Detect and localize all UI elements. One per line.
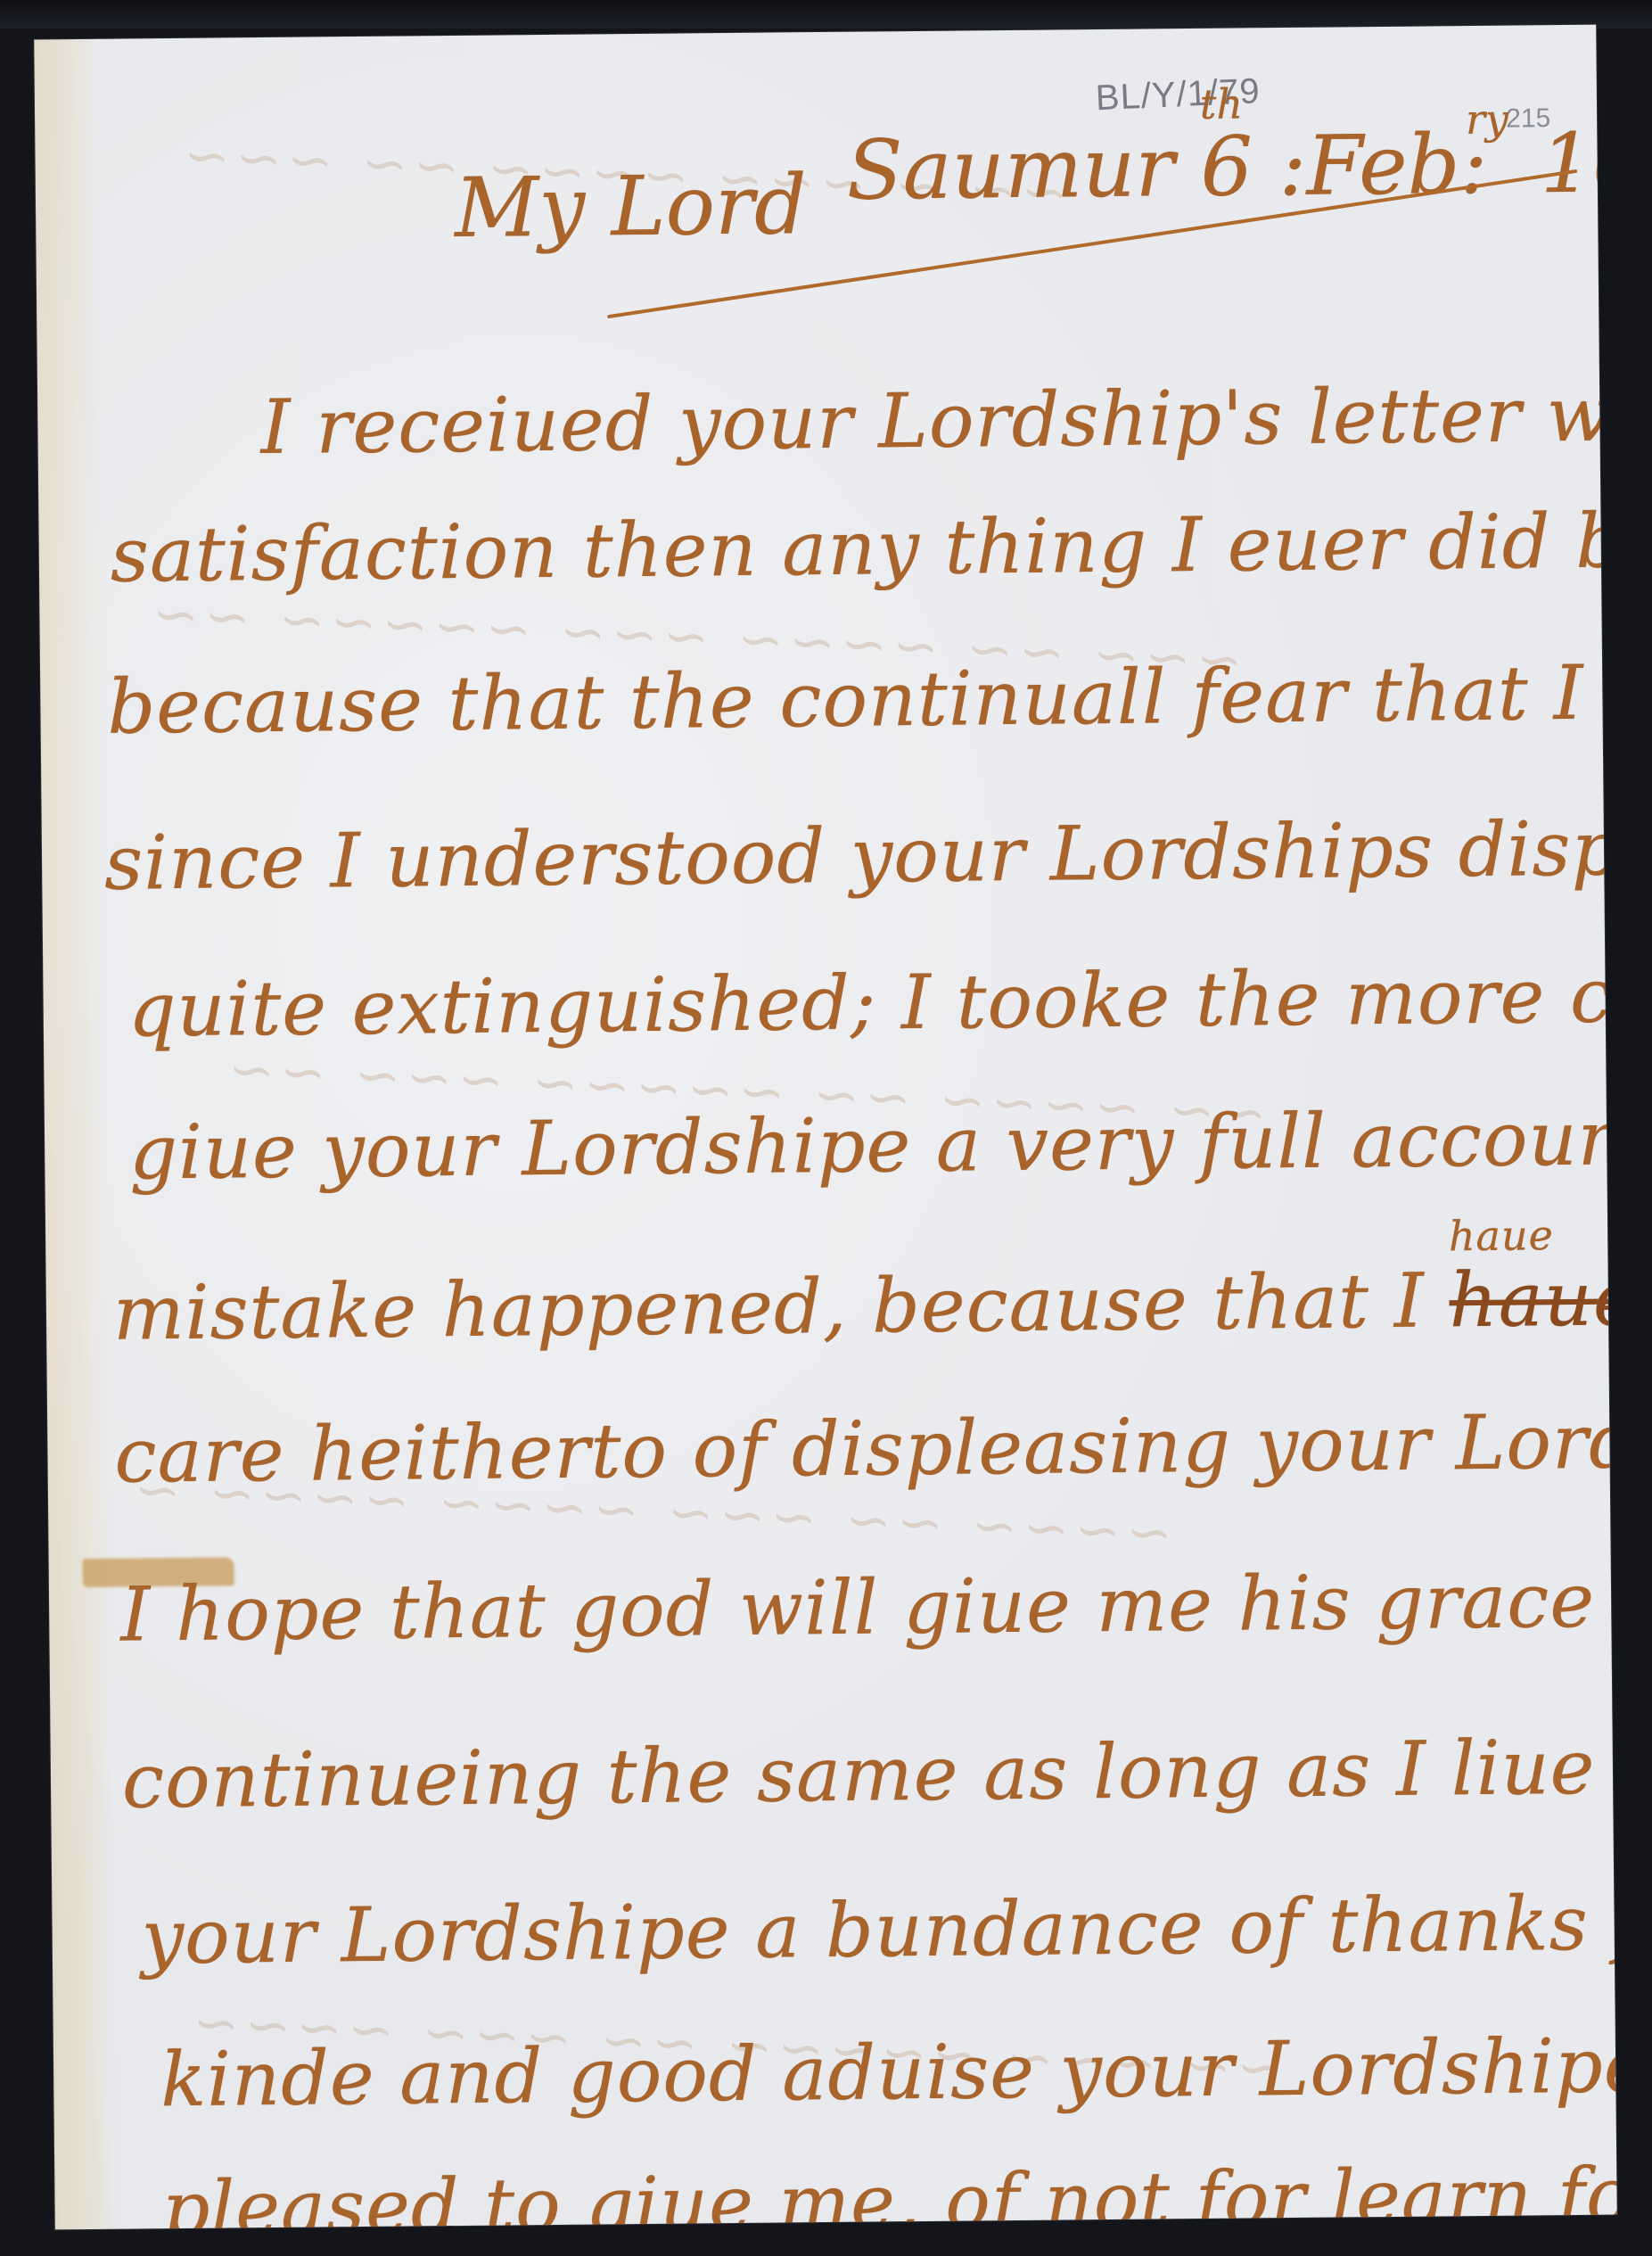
date-day-number: 6 bbox=[1200, 119, 1253, 215]
date-year: 1675 bbox=[1540, 114, 1617, 211]
letter-line-2: satisfaction then any thing I euer did b… bbox=[110, 495, 1616, 599]
manuscript-page: ~~ ~ ~~~ ~~~~ ~~ ~~~ ~~~ ~~ ~~~~ ~~~ ~~~… bbox=[34, 25, 1616, 2230]
letter-line-9: I hope that god will giue me his grace f… bbox=[120, 1554, 1617, 1658]
salutation: My Lord bbox=[455, 157, 808, 256]
letter-line-7: mistake happened, because that I hauehau… bbox=[112, 1250, 1616, 1356]
letter-line-3: because that the continuall fear that I … bbox=[107, 646, 1617, 751]
letter-line-4: since I understood your Lordships disple… bbox=[104, 799, 1617, 906]
letter-line-10: continueing the same as long as I liue .… bbox=[122, 1719, 1617, 1825]
line-text: mistake happened, because that I bbox=[112, 1257, 1425, 1357]
dateline: Saumur 6th :Feb:ry 1675 bbox=[846, 114, 1617, 218]
superscript: th bbox=[1603, 329, 1616, 377]
letter-line-1: I receiued your Lordship's letter w.th m… bbox=[260, 368, 1617, 471]
letter-line-8: care heitherto of displeasing your Lords… bbox=[114, 1394, 1617, 1500]
inserted-word: haue bbox=[1449, 1211, 1554, 1260]
date-day-suffix: th bbox=[1200, 79, 1244, 128]
letter-line-12: kinde and good aduise your Lordshipe was bbox=[160, 2020, 1617, 2123]
letter-line-5: quite extinguished; I tooke the more car… bbox=[127, 949, 1617, 1054]
line-text: I receiued your Lordship's letter w. bbox=[260, 370, 1617, 471]
scanner-frame-top bbox=[0, 0, 1652, 29]
date-month-suffix: ry bbox=[1466, 95, 1509, 144]
letter-line-13: pleased to giue me, of not for learn fom… bbox=[161, 2149, 1617, 2229]
letter-line-11: your Lordshipe a bundance of thanks for … bbox=[141, 1877, 1617, 1981]
struck-word: haue bbox=[1449, 1255, 1617, 1344]
correction: hauehaue bbox=[1449, 1255, 1617, 1344]
date-day: 6th bbox=[1200, 119, 1253, 215]
letter-line-6: giue your Lordshipe a very full account … bbox=[129, 1091, 1617, 1196]
place-name: Saumur bbox=[846, 119, 1175, 218]
